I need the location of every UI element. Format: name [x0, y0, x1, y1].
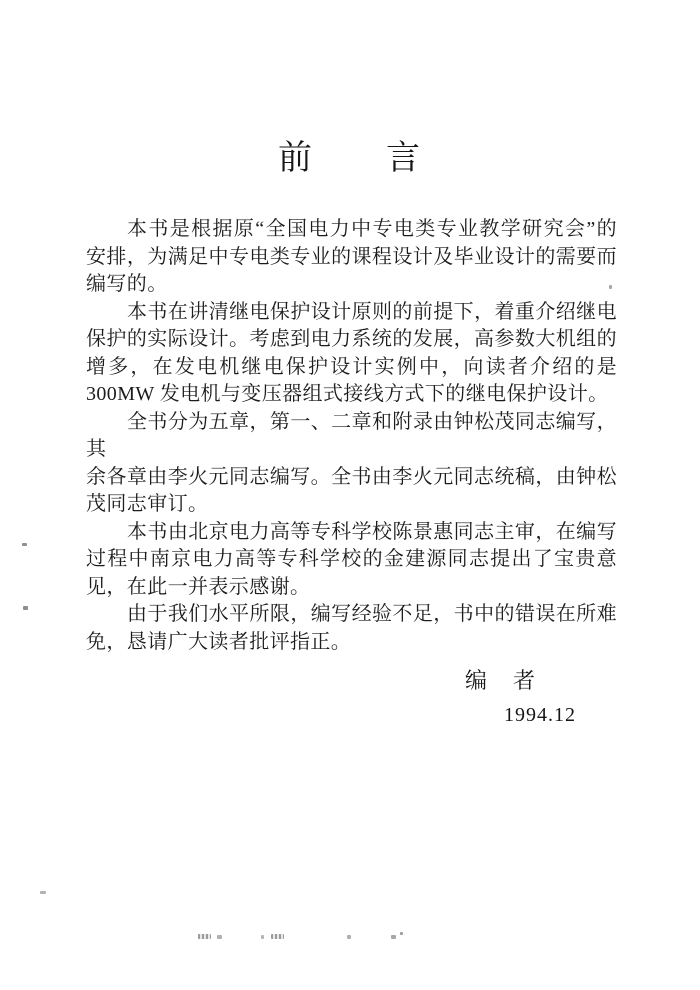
- author-signature: 编 者: [465, 668, 537, 694]
- paragraph: 本书由北京电力高等专科学校陈景惠同志主审，在编写过程中南京电力高等专科学校的金建…: [86, 519, 617, 602]
- text-line: 全书分为五章，第一、二章和附录由钟松茂同志编写，其: [86, 409, 617, 464]
- text-line: 见，在此一并表示感谢。: [86, 574, 617, 602]
- text-line: 300MW 发电机与变压器组式接线方式下的继电保护设计。: [86, 381, 617, 409]
- scan-speckle: [23, 606, 28, 610]
- text-line: 由于我们水平所限，编写经验不足，书中的错误在所难: [86, 601, 617, 629]
- publication-date: 1994.12: [504, 703, 576, 727]
- text-line: 本书由北京电力高等专科学校陈景惠同志主审，在编写: [86, 519, 617, 547]
- paragraph: 本书在讲清继电保护设计原则的前提下，着重介绍继电保护的实际设计。考虑到电力系统的…: [86, 299, 617, 409]
- scan-speckle: [217, 935, 222, 939]
- text-line: 茂同志审订。: [86, 491, 617, 519]
- scan-speckle: [391, 935, 396, 939]
- text-line: 本书在讲清继电保护设计原则的前提下，着重介绍继电: [86, 299, 617, 327]
- text-line: 免，恳请广大读者批评指正。: [86, 629, 617, 657]
- scan-speckle: [198, 934, 211, 939]
- text-line: 本书是根据原“全国电力中专电类专业教学研究会”的: [86, 216, 617, 244]
- preface-body: 本书是根据原“全国电力中专电类专业教学研究会”的安排，为满足中专电类专业的课程设…: [86, 216, 617, 656]
- text-line: 安排，为满足中专电类专业的课程设计及毕业设计的需要而: [86, 244, 617, 272]
- scan-speckle: [22, 543, 27, 546]
- scan-speckle: [261, 935, 264, 939]
- scan-speckle: [400, 932, 403, 935]
- text-line: 余各章由李火元同志编写。全书由李火元同志统稿，由钟松: [86, 464, 617, 492]
- scan-speckle: [40, 891, 46, 894]
- scan-speckle: [271, 934, 284, 939]
- scan-speckle: [347, 935, 351, 939]
- text-line: 编写的。: [86, 271, 617, 299]
- page-title: 前 言: [0, 140, 700, 178]
- scanned-preface-page: 前 言 本书是根据原“全国电力中专电类专业教学研究会”的安排，为满足中专电类专业…: [0, 0, 700, 990]
- text-line: 增多，在发电机继电保护设计实例中，向读者介绍的是: [86, 354, 617, 382]
- text-line: 过程中南京电力高等专科学校的金建源同志提出了宝贵意: [86, 546, 617, 574]
- paragraph: 由于我们水平所限，编写经验不足，书中的错误在所难免，恳请广大读者批评指正。: [86, 601, 617, 656]
- paragraph: 本书是根据原“全国电力中专电类专业教学研究会”的安排，为满足中专电类专业的课程设…: [86, 216, 617, 299]
- text-line: 保护的实际设计。考虑到电力系统的发展，高参数大机组的: [86, 326, 617, 354]
- paragraph: 全书分为五章，第一、二章和附录由钟松茂同志编写，其余各章由李火元同志编写。全书由…: [86, 409, 617, 519]
